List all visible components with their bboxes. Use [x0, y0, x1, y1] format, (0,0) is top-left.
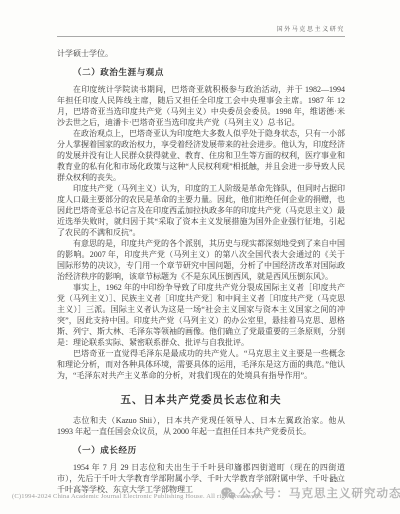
body-paragraph: 在政治观点上，巴塔奇亚认为印度绝大多数人似乎处于隐身状态，只有一小部分人掌握着国… — [57, 128, 345, 183]
wechat-icon — [221, 487, 236, 500]
journal-page: 国外马克思主义研究 计学硕士学位。 （二）政治生涯与观点 在印度统计学院读书期间… — [0, 0, 400, 514]
header-rule-divider — [57, 36, 345, 37]
body-paragraph: 事实上，1962 年的中印纷争导致了印度共产党分裂成国际主义者［印度共产党（马列… — [57, 282, 345, 348]
page-number: - 63 - — [324, 476, 345, 484]
body-paragraph: 有意思的是，印度共产党的各个派别，其历史与现实都深刻地受到了来自中国的影响。20… — [57, 238, 345, 282]
watermark: 公众号：马克思主义研究动态 — [221, 485, 400, 501]
subsection-heading-growth: （一）成长经历 — [57, 445, 345, 456]
watermark-text: 公众号：马克思主义研究动态 — [239, 485, 400, 501]
page-content: 国外马克思主义研究 计学硕士学位。 （二）政治生涯与观点 在印度统计学院读书期间… — [57, 24, 345, 495]
section-heading-shii-kazuo: 五、日本共产党委员长志位和夫 — [57, 393, 345, 407]
continuation-line: 计学硕士学位。 — [57, 48, 345, 59]
body-paragraph: 志位和夫（Kazuo Shii），日本共产党现任领导人、日本左翼政治家。他从 1… — [57, 415, 345, 437]
section-heading-political-life: （二）政治生涯与观点 — [57, 67, 345, 78]
body-paragraph: 在印度统计学院读书期间，巴塔奇亚就积极参与政治活动，并于 1982—1994 年… — [57, 84, 345, 128]
running-head: 国外马克思主义研究 — [57, 24, 345, 33]
body-paragraph: 巴塔奇亚一直觉得毛泽东是最成功的共产党人。“马克思主义主要是一些概念和理论分析，… — [57, 348, 345, 381]
body-paragraph: 印度共产党（马列主义）认为，印度的工人阶级是革命先锋队，但同时占据印度人口最主要… — [57, 183, 345, 238]
